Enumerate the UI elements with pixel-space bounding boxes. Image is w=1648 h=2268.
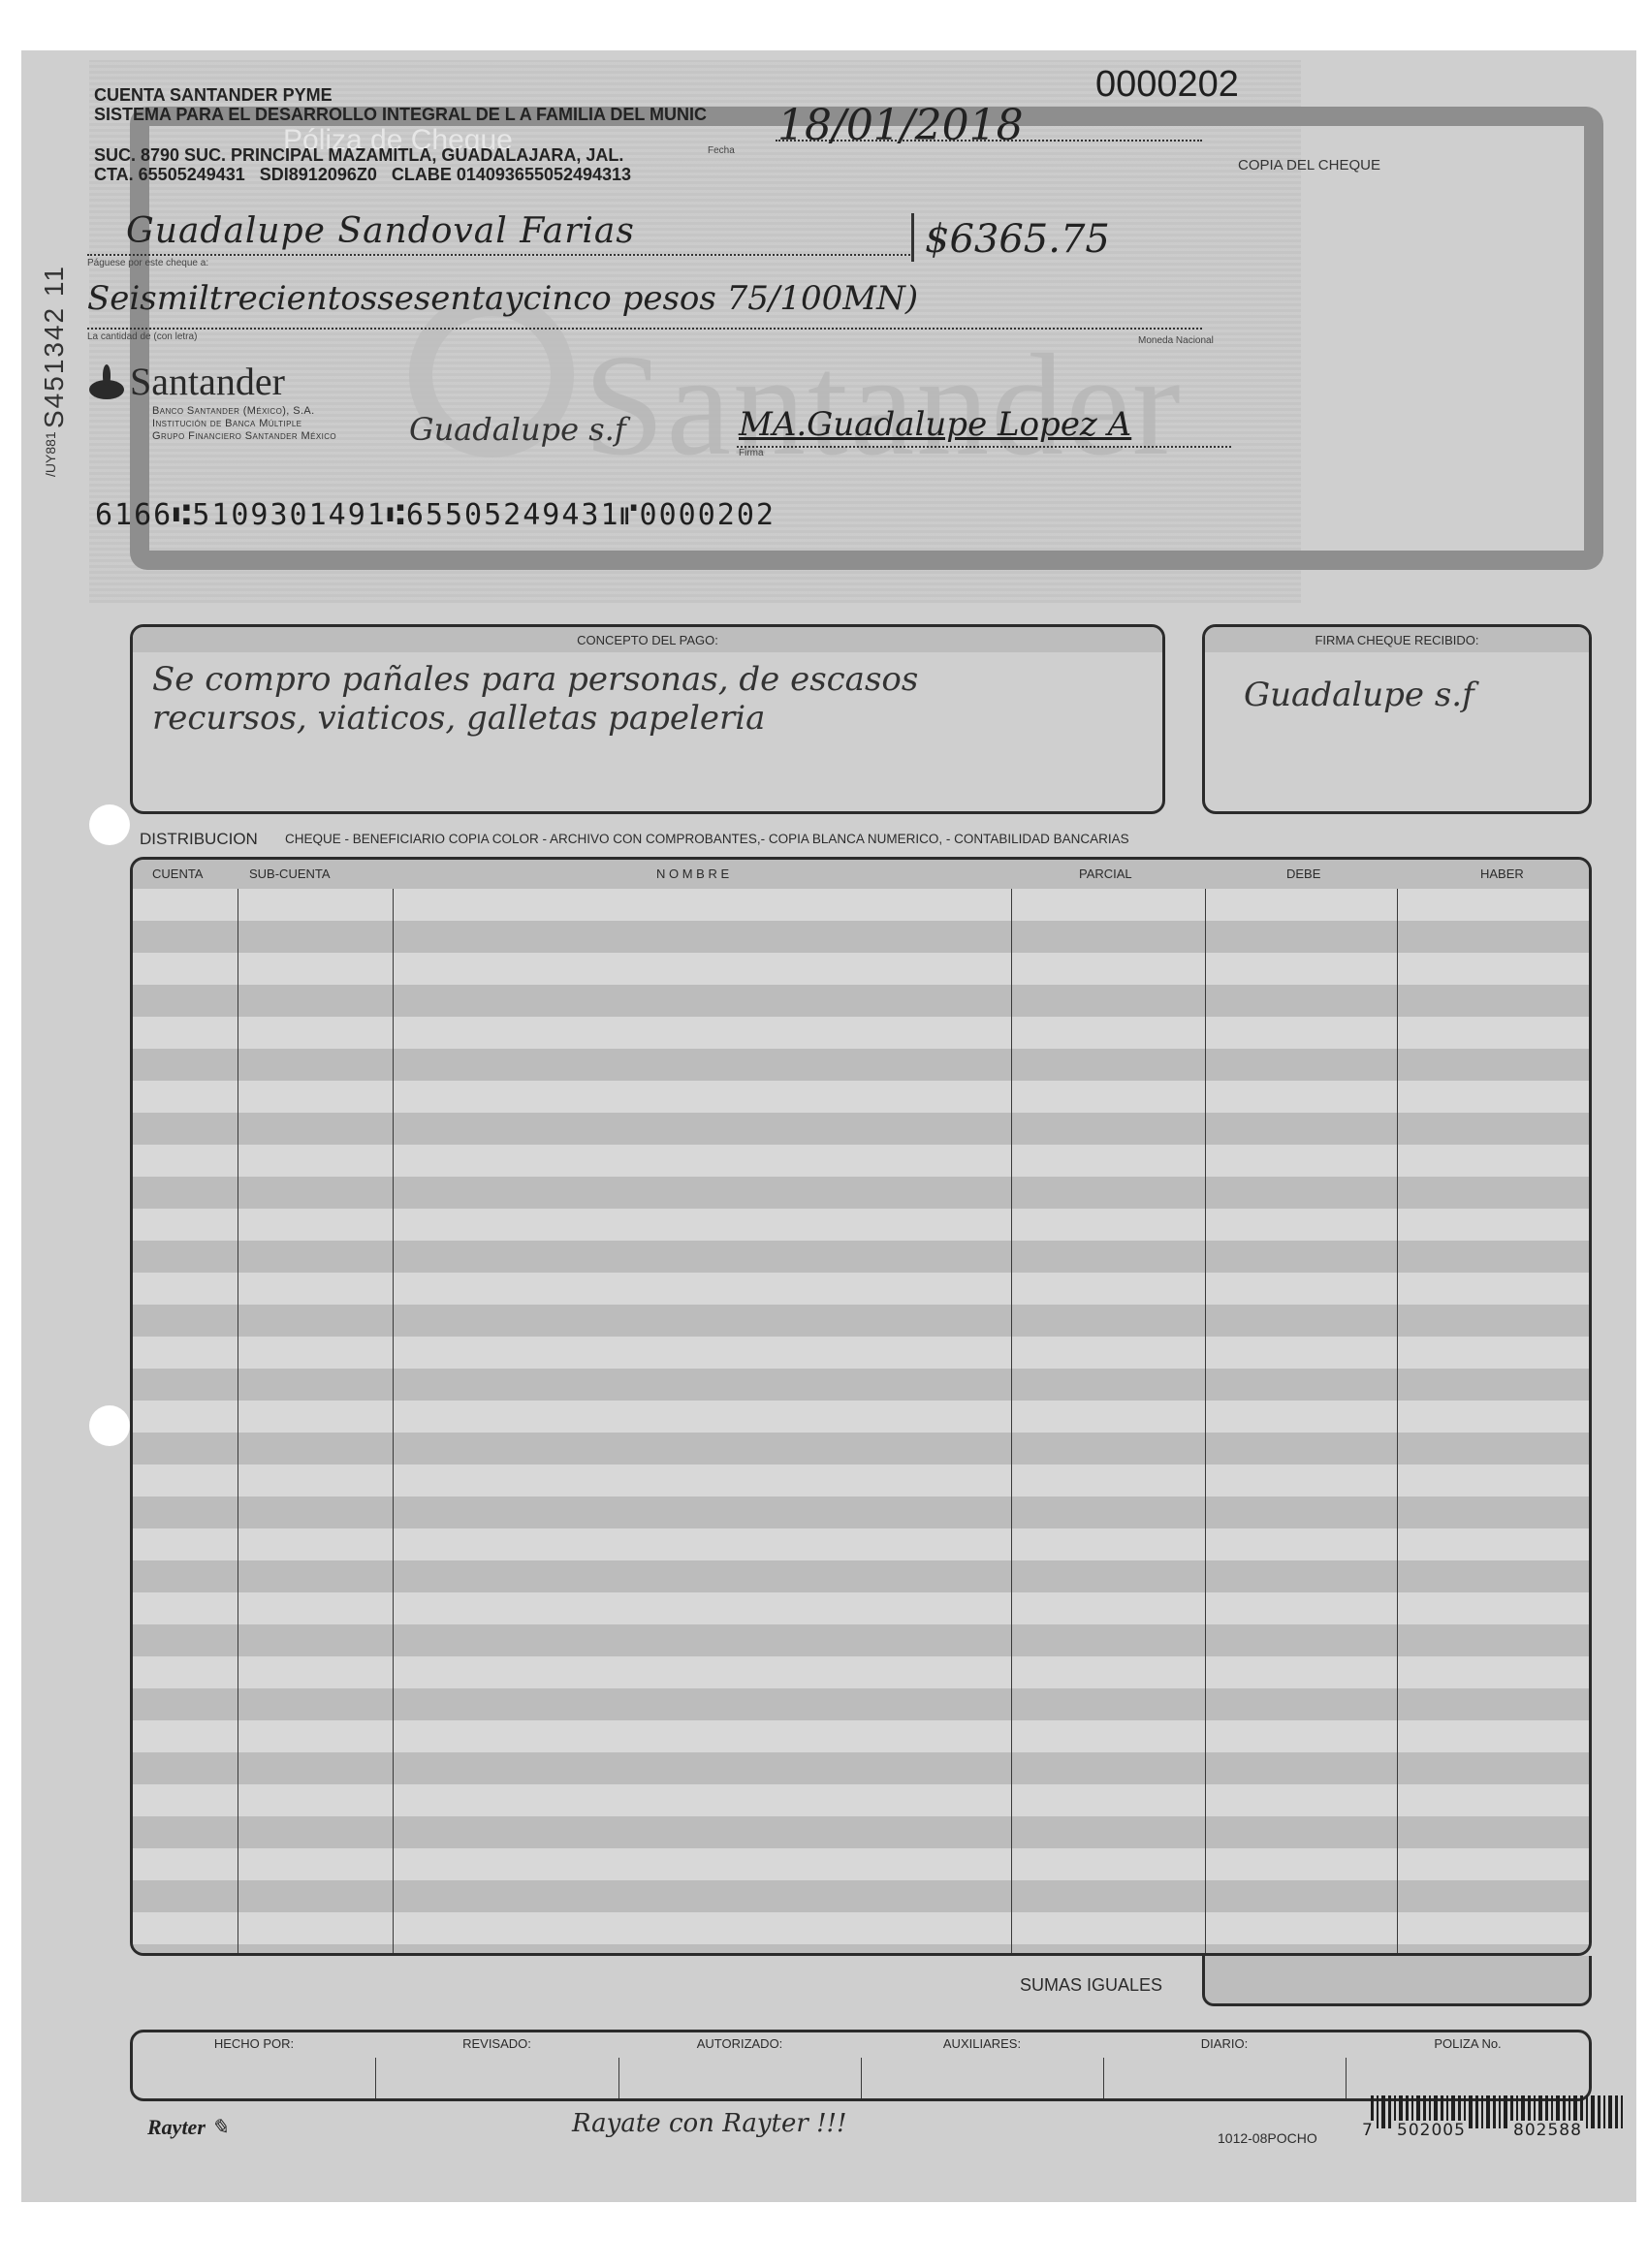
column-divider: [1397, 889, 1398, 1953]
rayter-logo: Rayter ✎: [147, 2115, 229, 2140]
payment-concept-label: CONCEPTO DEL PAGO:: [133, 627, 1162, 652]
totals-label: SUMAS IGUALES: [1020, 1975, 1162, 1996]
distribution-label: DISTRIBUCION: [140, 830, 258, 849]
approval-hecho-por[interactable]: HECHO POR:: [133, 2032, 375, 2098]
approval-poliza-no[interactable]: POLIZA No.: [1346, 2032, 1590, 2098]
date-field[interactable]: 18/01/2018: [777, 101, 1024, 150]
bank-logo: Santander: [89, 359, 285, 404]
account-holder: SISTEMA PARA EL DESARROLLO INTEGRAL DE L…: [94, 105, 707, 124]
approval-label: REVISADO:: [375, 2036, 618, 2051]
branch-info: SUC. 8790 SUC. PRINCIPAL MAZAMITLA, GUAD…: [94, 145, 707, 165]
currency-label: Moneda Nacional: [1138, 335, 1214, 346]
drawer-note: Guadalupe s.f: [409, 411, 626, 448]
ledger-table-header: CUENTA SUB-CUENTA N O M B R E PARCIAL DE…: [133, 860, 1589, 889]
bank-legal-line: Banco Santander (México), S.A.: [152, 405, 336, 418]
approval-label: AUTORIZADO:: [618, 2036, 861, 2051]
amount-words-field[interactable]: Seismiltrecientossesentaycinco pesos 75/…: [87, 279, 918, 318]
approval-label: POLIZA No.: [1346, 2036, 1590, 2051]
received-signature-label: FIRMA CHEQUE RECIBIDO:: [1205, 627, 1589, 652]
barcode: 7 502005 802588: [1359, 2095, 1623, 2140]
amount-field[interactable]: $6365.75: [925, 217, 1110, 262]
account-type: CUENTA SANTANDER PYME: [94, 85, 707, 105]
concept-line: recursos, viaticos, galletas papeleria: [152, 699, 918, 738]
barcode-digit-group: 7: [1359, 2121, 1377, 2140]
approval-divider: [1103, 2058, 1104, 2098]
approval-divider: [375, 2058, 376, 2098]
approval-label: AUXILIARES:: [861, 2036, 1103, 2051]
column-divider: [1011, 889, 1012, 1953]
approval-divider: [861, 2058, 862, 2098]
totals-box[interactable]: [1202, 1956, 1592, 2006]
amount-words-line: [87, 328, 1202, 330]
column-header-cuenta: CUENTA: [152, 866, 203, 881]
bank-legal-info: Banco Santander (México), S.A. Instituci…: [152, 405, 336, 443]
signature-label: Firma: [739, 448, 764, 458]
date-label: Fecha: [708, 145, 735, 156]
approval-autorizado[interactable]: AUTORIZADO:: [618, 2032, 861, 2098]
column-header-sub-cuenta: SUB-CUENTA: [249, 866, 331, 881]
barcode-digit-group: 502005: [1394, 2121, 1469, 2140]
concept-line: Se compro pañales para personas, de esca…: [152, 660, 918, 699]
copy-label: COPIA DEL CHEQUE: [1238, 157, 1380, 173]
approval-revisado[interactable]: REVISADO:: [375, 2032, 618, 2098]
side-code: /UY881: [43, 431, 58, 477]
form-code: 1012-08POCHO: [1218, 2130, 1317, 2146]
side-serial-number: S451342 11: [39, 265, 70, 428]
payment-concept-field[interactable]: Se compro pañales para personas, de esca…: [152, 660, 918, 738]
signature-line: [737, 446, 1231, 448]
column-header-nombre: N O M B R E: [656, 866, 729, 881]
approval-diario[interactable]: DIARIO:: [1103, 2032, 1346, 2098]
footer-slogan: Rayate con Rayter !!!: [572, 2109, 846, 2138]
date-line: [776, 140, 1202, 142]
barcode-digit-group: 802588: [1510, 2121, 1585, 2140]
pencil-icon: ✎: [210, 2115, 228, 2139]
signature-field[interactable]: MA.Guadalupe Lopez A: [739, 405, 1131, 444]
bank-legal-line: Grupo Financiero Santander México: [152, 430, 336, 443]
column-header-haber: HABER: [1480, 866, 1524, 881]
cheque-number: 0000202: [1095, 64, 1239, 106]
binder-hole: [89, 1405, 130, 1446]
ledger-table-body[interactable]: [133, 889, 1589, 1955]
amount-words-label: La cantidad de (con letra): [87, 331, 197, 342]
micr-line: 6166⑆5109301491⑆65505249431⑈0000202: [95, 498, 776, 532]
received-signature-field[interactable]: Guadalupe s.f: [1244, 676, 1474, 714]
distribution-description: CHEQUE - BENEFICIARIO COPIA COLOR - ARCH…: [285, 832, 1129, 846]
approval-label: HECHO POR:: [133, 2036, 375, 2051]
ledger-table: CUENTA SUB-CUENTA N O M B R E PARCIAL DE…: [130, 857, 1592, 1956]
santander-flame-icon: [89, 364, 124, 399]
bank-name: Santander: [130, 359, 285, 404]
bank-legal-line: Institución de Banca Múltiple: [152, 418, 336, 430]
payment-concept-box: CONCEPTO DEL PAGO: Se compro pañales par…: [130, 624, 1165, 814]
approval-label: DIARIO:: [1103, 2036, 1346, 2051]
cheque-policy-page: Santander Póliza de Cheque CUENTA SANTAN…: [21, 50, 1636, 2202]
payee-label: Páguese por este cheque a:: [87, 258, 208, 268]
column-header-debe: DEBE: [1286, 866, 1320, 881]
account-numbers: CTA. 65505249431 SDI8912096Z0 CLABE 0140…: [94, 165, 707, 184]
payee-field[interactable]: Guadalupe Sandoval Farias: [126, 211, 635, 251]
binder-hole: [89, 804, 130, 845]
column-header-parcial: PARCIAL: [1079, 866, 1132, 881]
approvals-box: HECHO POR: REVISADO: AUTORIZADO: AUXILIA…: [130, 2030, 1592, 2101]
approval-divider: [618, 2058, 619, 2098]
approval-divider: [1346, 2058, 1347, 2098]
received-signature-box: FIRMA CHEQUE RECIBIDO: Guadalupe s.f: [1202, 624, 1592, 814]
approval-auxiliares[interactable]: AUXILIARES:: [861, 2032, 1103, 2098]
column-divider: [238, 889, 238, 1953]
column-divider: [1205, 889, 1206, 1953]
payee-line: [87, 254, 913, 256]
account-header: CUENTA SANTANDER PYME SISTEMA PARA EL DE…: [94, 85, 707, 184]
column-divider: [393, 889, 394, 1953]
rayter-brand: Rayter: [147, 2115, 206, 2139]
